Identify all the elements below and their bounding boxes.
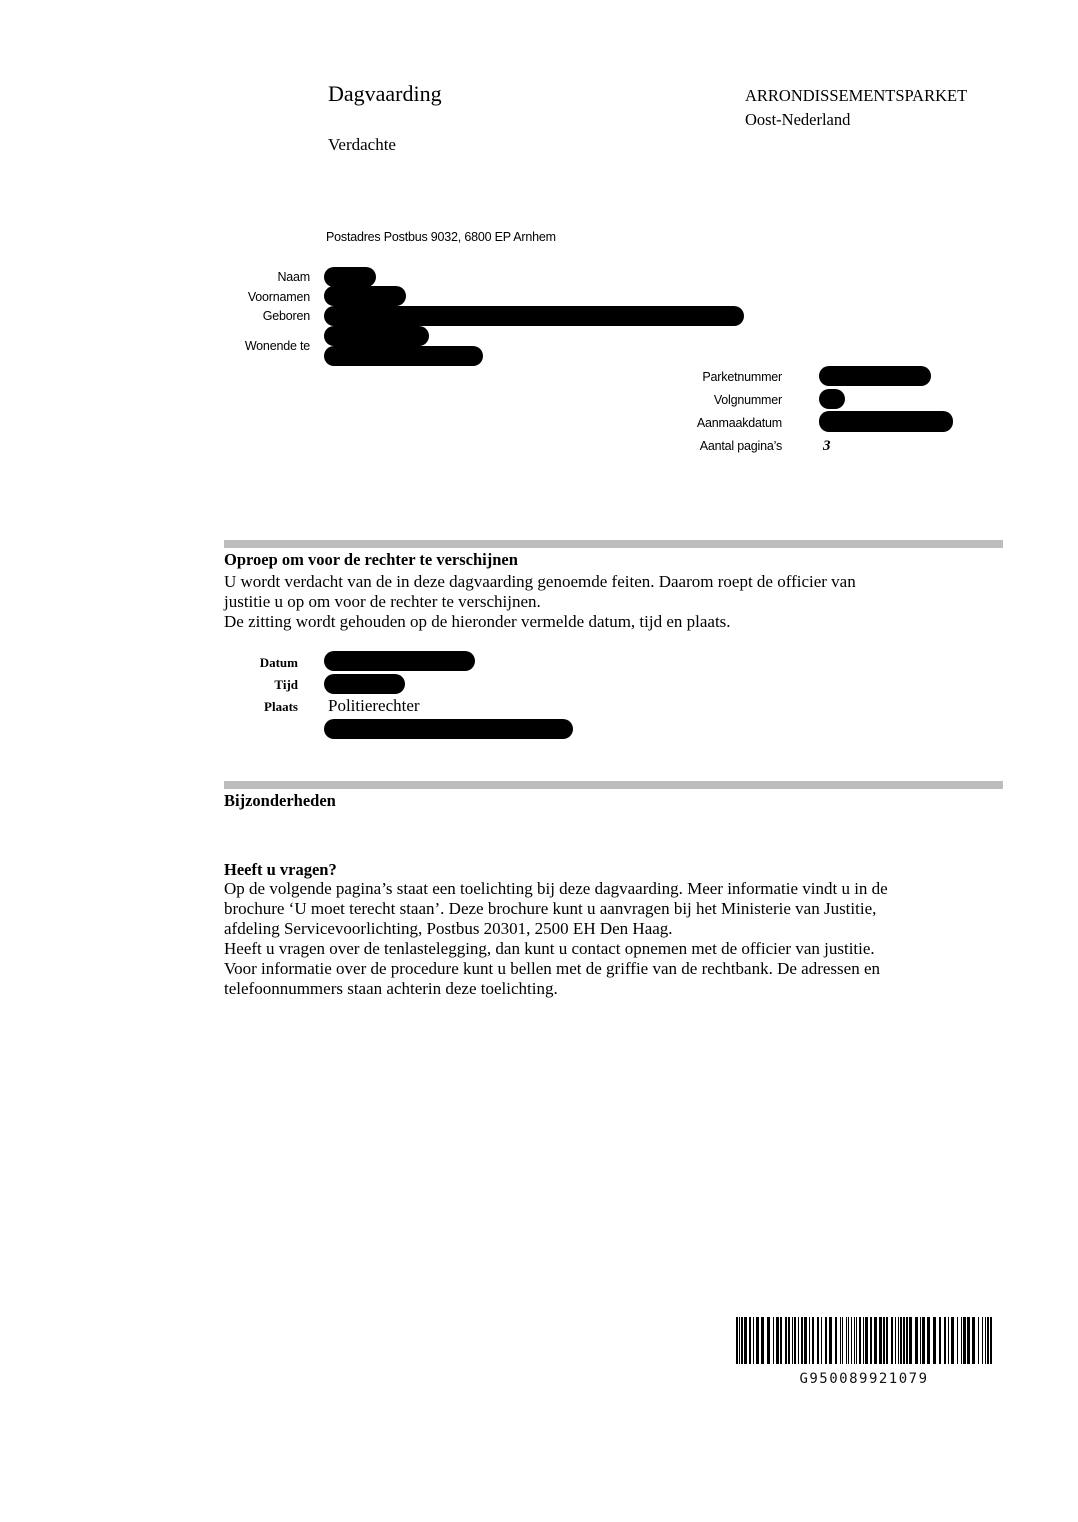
label-aantal-paginas: Aantal pagina’s: [700, 438, 782, 454]
questions-line: telefoonnummers staan achterin deze toel…: [224, 979, 1014, 999]
redacted-plaats-address: [324, 719, 573, 739]
redacted-tijd: [324, 674, 405, 694]
summons-line: justitie u op om voor de rechter te vers…: [224, 592, 1014, 612]
section-divider: [224, 781, 1003, 789]
summons-line: U wordt verdacht van de in deze dagvaard…: [224, 572, 1014, 592]
questions-line: afdeling Servicevoorlichting, Postbus 20…: [224, 919, 1014, 939]
label-parketnummer: Parketnummer: [702, 369, 782, 385]
questions-text: Op de volgende pagina’s staat een toelic…: [224, 879, 1014, 999]
redacted-naam: [324, 267, 376, 287]
page-count-value: 3: [823, 437, 831, 455]
redacted-parketnummer: [819, 366, 931, 386]
organization-name: ARRONDISSEMENTSPARKET: [745, 85, 967, 107]
redacted-wonende-line1: [324, 326, 429, 346]
label-geboren: Geboren: [263, 308, 310, 324]
organization-region: Oost-Nederland: [745, 109, 850, 131]
section-divider: [224, 540, 1003, 548]
redacted-volgnummer: [819, 389, 845, 409]
questions-heading: Heeft u vragen?: [224, 860, 337, 880]
redacted-voornamen: [324, 286, 406, 306]
questions-line: Op de volgende pagina’s staat een toelic…: [224, 879, 1014, 899]
label-plaats: Plaats: [264, 699, 298, 715]
summons-text: U wordt verdacht van de in deze dagvaard…: [224, 572, 1014, 632]
summons-line: De zitting wordt gehouden op de hieronde…: [224, 612, 1014, 632]
plaats-value: Politierechter: [328, 696, 420, 716]
barcode-icon: [736, 1317, 992, 1364]
document-title: Dagvaarding: [328, 80, 442, 108]
questions-line: Heeft u vragen over de tenlastelegging, …: [224, 939, 1014, 959]
redacted-datum: [324, 651, 475, 671]
label-volgnummer: Volgnummer: [714, 392, 782, 408]
redacted-wonende-line2: [324, 346, 483, 366]
summons-heading: Oproep om voor de rechter te verschijnen: [224, 550, 518, 570]
questions-line: brochure ‘U moet terecht staan’. Deze br…: [224, 899, 1014, 919]
label-voornamen: Voornamen: [248, 289, 310, 305]
barcode-number: G950089921079: [736, 1370, 992, 1388]
questions-line: Voor informatie over de procedure kunt u…: [224, 959, 1014, 979]
label-aanmaakdatum: Aanmaakdatum: [697, 415, 782, 431]
bijzonderheden-heading: Bijzonderheden: [224, 791, 336, 811]
label-wonende: Wonende te: [245, 338, 310, 354]
document-subtitle: Verdachte: [328, 134, 396, 156]
label-tijd: Tijd: [274, 677, 298, 693]
redacted-aanmaakdatum: [819, 411, 953, 432]
postal-address: Postadres Postbus 9032, 6800 EP Arnhem: [326, 229, 556, 245]
label-naam: Naam: [277, 269, 310, 285]
label-datum: Datum: [260, 655, 298, 671]
redacted-geboren: [324, 306, 744, 326]
